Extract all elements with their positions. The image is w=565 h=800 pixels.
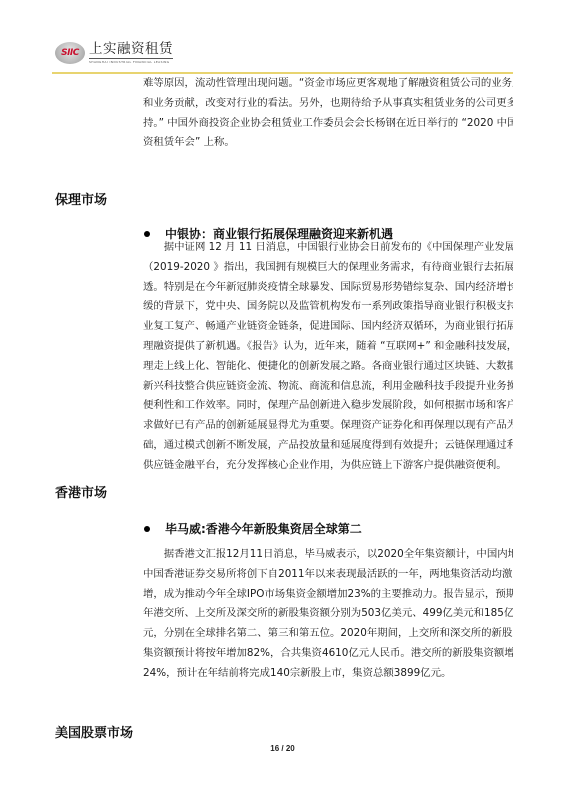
paragraph-line: 元，分别在全球排名第二、第三和第五位。2020年期间，上交所和深交所的新股总 (143, 624, 513, 644)
paragraph-line: 集资额预计将按年增加82%，合共集资4610亿元人民币。港交所的新股集资额增加 (143, 644, 513, 664)
paragraph-line: 透。特别是在今年新冠肺炎疫情全球暴发、国际贸易形势错综复杂、国内经济增长放 (143, 278, 513, 298)
paragraph-line: 和业务贡献，改变对行业的看法。另外，也期待给予从事真实租赁业务的公司更多支 (143, 94, 513, 114)
article-headline: 毕马威:香港今年新股集资居全球第二 (165, 520, 362, 537)
company-logo-icon: SIIC (55, 42, 85, 64)
page-number: 16 / 20 (0, 744, 565, 753)
paragraph-line: 新兴科技整合供应链资金流、物流、商流和信息流，利用金融科技手段提升业务操作 (143, 377, 513, 397)
paragraph-line: 24%，预计在年结前将完成140宗新股上市，集资总额3899亿元。 (143, 664, 513, 684)
paragraph-line: （2019-2020 》指出，我国拥有规模巨大的保理业务需求，有待商业银行去拓展… (143, 258, 513, 278)
paragraph-line: 年港交所、上交所及深交所的新股集资额分别为503亿美元、499亿美元和185亿美 (143, 604, 513, 624)
section-title-hongkong: 香港市场 (55, 482, 107, 501)
paragraph-line: 据香港文汇报12月11日消息，毕马威表示，以2020全年集资额计，中国内地和 (143, 545, 513, 565)
paragraph-line: 据中证网 12 月 11 日消息，中国银行业协会日前发布的《中国保理产业发展报告 (143, 238, 513, 258)
paragraph-line: 增，成为推动今年全球IPO市场集资金额增加23%的主要推动力。报告显示，预期今 (143, 585, 513, 605)
paragraph-line: 础，通过模式创新不断发展，产品投放量和延展度得到有效提升；云链保理通过利用 (143, 436, 513, 456)
logo-mark-text: SIIC (61, 48, 79, 58)
article-body-factoring: 据中证网 12 月 11 日消息，中国银行业协会日前发布的《中国保理产业发展报告… (143, 238, 513, 476)
paragraph-line: 难等原因，流动性管理出现问题。“资金市场应更客观地了解融资租赁公司的业务风险 (143, 74, 513, 94)
paragraph-line: 中国香港证券交易所将创下自2011年以来表现最活跃的一年，两地集资活动均激 (143, 565, 513, 585)
paragraph-line: 资租赁年会” 上称。 (143, 133, 513, 153)
company-name-cn: 上实融资租赁 (89, 42, 173, 59)
paragraph-line: 理融资提供了新机遇。《报告》认为，近年来，随着 “互联网+” 和金融科技发展，保 (143, 337, 513, 357)
bullet-icon (144, 526, 150, 532)
paragraph-line: 理走上线上化、智能化、便捷化的创新发展之路。各商业银行通过区块链、大数据等 (143, 357, 513, 377)
article-body-hongkong: 据香港文汇报12月11日消息，毕马威表示，以2020全年集资额计，中国内地和 中… (143, 545, 513, 684)
document-header: SIIC 上实融资租赁 SHANGHAI INDUSTRIAL FINANCIA… (55, 38, 173, 68)
article-title-hongkong: 毕马威:香港今年新股集资居全球第二 (143, 520, 362, 537)
section-title-us-stocks: 美国股票市场 (55, 722, 133, 741)
paragraph-line: 缓的背景下，党中央、国务院以及监管机构发布一系列政策指导商业银行积极支持企 (143, 297, 513, 317)
paragraph-line: 业复工复产、畅通产业链资金链条，促进国际、国内经济双循环，为商业银行拓展保 (143, 317, 513, 337)
paragraph-line: 便利性和工作效率。同时，保理产品创新进入稳步发展阶段，如何根据市场和客户需 (143, 396, 513, 416)
section-title-factoring: 保理市场 (55, 189, 107, 208)
company-name-en: SHANGHAI INDUSTRIAL FINANCIAL LEASING (89, 60, 173, 65)
paragraph-line: 供应链金融平台，充分发挥核心企业作用，为供应链上下游客户提供融资便利。 (143, 456, 513, 476)
logo-wordmark: 上实融资租赁 SHANGHAI INDUSTRIAL FINANCIAL LEA… (89, 42, 173, 65)
paragraph-line: 求做好已有产品的创新延展显得尤为重要。保理资产证券化和再保理以现有产品为基 (143, 416, 513, 436)
paragraph-line: 持。” 中国外商投资企业协会租赁业工作委员会会长杨钢在近日举行的 “2020 中… (143, 114, 513, 134)
intro-paragraph: 难等原因，流动性管理出现问题。“资金市场应更客观地了解融资租赁公司的业务风险 和… (143, 74, 513, 153)
bullet-icon (144, 231, 150, 237)
